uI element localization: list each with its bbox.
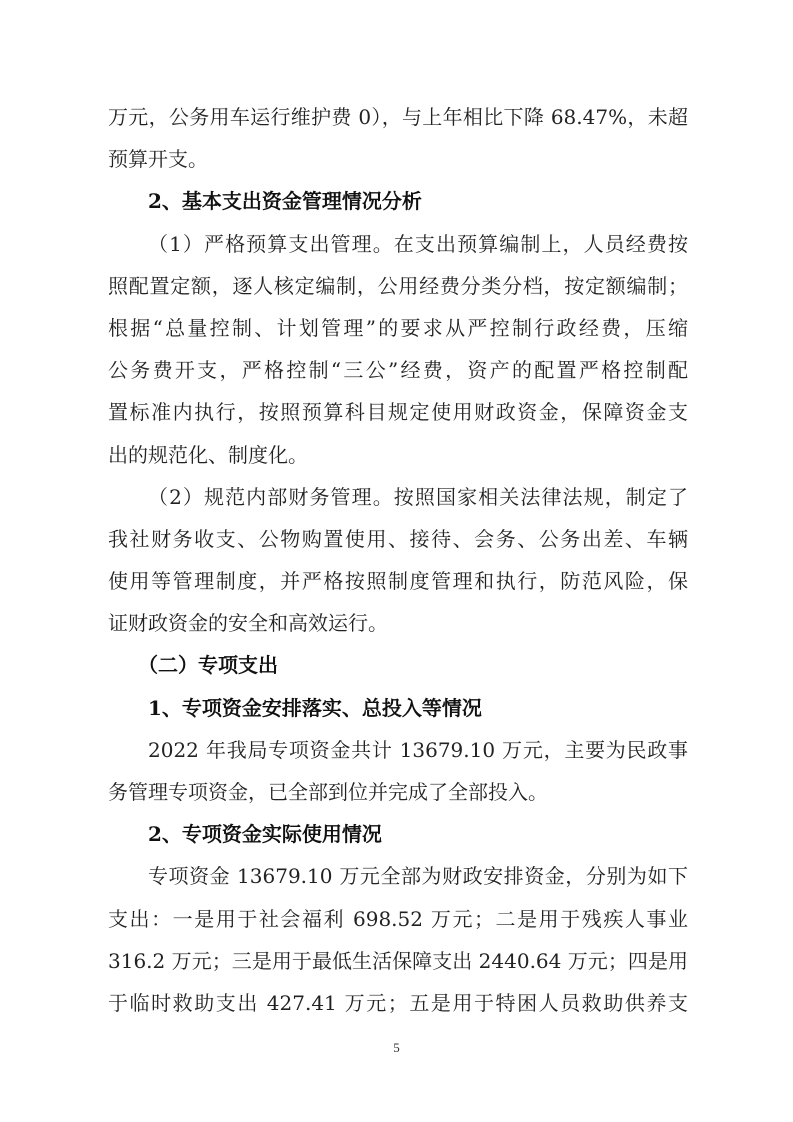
paragraph-line: 316.2 万元；三是用于最低生活保障支出 2440.64 万元；四是用	[108, 940, 688, 982]
paragraph-line: 出的规范化、制度化。	[108, 434, 688, 476]
paragraph-line: 根据“总量控制、计划管理”的要求从严控制行政经费，压缩	[108, 307, 688, 349]
subsection-heading-basic-expense-analysis: 2、基本支出资金管理情况分析	[108, 180, 688, 222]
paragraph-line: （1）严格预算支出管理。在支出预算编制上，人员经费按	[108, 223, 688, 265]
paragraph-line: 预算开支。	[108, 138, 688, 180]
paragraph-line: 支出：一是用于社会福利 698.52 万元；二是用于残疾人事业	[108, 898, 688, 940]
page-body: 万元，公务用车运行维护费 0），与上年相比下降 68.47%，未超 预算开支。 …	[108, 96, 688, 1024]
paragraph-line: 于临时救助支出 427.41 万元；五是用于特困人员救助供养支	[108, 982, 688, 1024]
paragraph-line: 公务费开支，严格控制“三公”经费，资产的配置严格控制配	[108, 349, 688, 391]
page-number: 5	[0, 1040, 793, 1056]
paragraph-line: 证财政资金的安全和高效运行。	[108, 602, 688, 644]
section-heading-special-expenditure: （二）专项支出	[108, 644, 688, 686]
paragraph-line: 务管理专项资金，已全部到位并完成了全部投入。	[108, 771, 688, 813]
paragraph-line: 置标准内执行，按照预算科目规定使用财政资金，保障资金支	[108, 391, 688, 433]
subsection-heading-special-fund-arrangement: 1、专项资金安排落实、总投入等情况	[108, 687, 688, 729]
paragraph-line: 2022 年我局专项资金共计 13679.10 万元，主要为民政事	[108, 729, 688, 771]
paragraph-line: 专项资金 13679.10 万元全部为财政安排资金，分别为如下	[108, 855, 688, 897]
document-page: 万元，公务用车运行维护费 0），与上年相比下降 68.47%，未超 预算开支。 …	[0, 0, 793, 1122]
paragraph-line: 使用等管理制度，并严格按照制度管理和执行，防范风险，保	[108, 560, 688, 602]
paragraph-line: 照配置定额，逐人核定编制，公用经费分类分档，按定额编制；	[108, 265, 688, 307]
paragraph-line: 万元，公务用车运行维护费 0），与上年相比下降 68.47%，未超	[108, 96, 688, 138]
paragraph-line: （2）规范内部财务管理。按照国家相关法律法规，制定了	[108, 476, 688, 518]
subsection-heading-special-fund-usage: 2、专项资金实际使用情况	[108, 813, 688, 855]
paragraph-line: 我社财务收支、公物购置使用、接待、会务、公务出差、车辆	[108, 518, 688, 560]
